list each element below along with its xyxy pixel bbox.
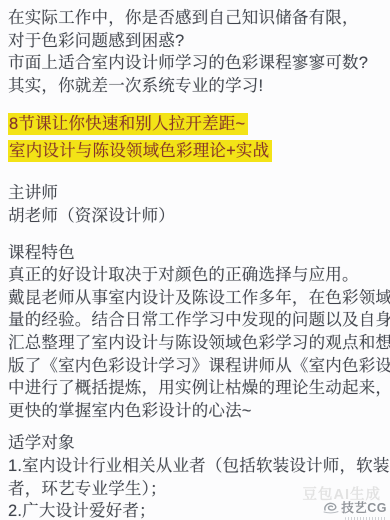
features-label: 课程特色	[8, 242, 382, 265]
intro-paragraph: 在实际工作中，你是否感到自己知识储备有限， 对于色彩问题感到困惑? 市面上适合室…	[8, 7, 382, 97]
page-content: 在实际工作中，你是否感到自己知识储备有限， 对于色彩问题感到困惑? 市面上适合室…	[0, 0, 390, 520]
audience-label: 适学对象	[8, 432, 382, 455]
highlight-line-title: 室内设计与陈设领域色彩理论+实战	[8, 140, 272, 162]
course-title-highlight: 8节课让你快速和别人拉开差距~ 室内设计与陈设领域色彩理论+实战	[8, 113, 382, 162]
lecturer-label: 主讲师	[8, 182, 382, 205]
features-line: 版了《室内色彩设计学习》课程讲师从《室内色彩设计学习》	[8, 355, 382, 378]
features-section: 课程特色 真正的好设计取决于对颜色的正确选择与应用。 戴昆老师从事室内设计及陈设…	[8, 242, 382, 423]
lecturer-name: 胡老师（资深设计师）	[8, 205, 382, 228]
swirl-logo-icon	[323, 501, 339, 514]
site-watermark-label: 技艺CG	[341, 498, 387, 516]
site-watermark: 技艺CG	[323, 498, 387, 520]
site-watermark-row: 技艺CG	[323, 498, 387, 516]
lecturer-section: 主讲师 胡老师（资深设计师）	[8, 182, 382, 227]
features-line: 更快的掌握室内色彩设计的心法~	[8, 400, 382, 423]
highlight-line-subtitle: 8节课让你快速和别人拉开差距~	[8, 113, 248, 135]
audience-line: 1.室内设计行业相关从业者（包括软装设计师，软装店经营	[8, 455, 382, 478]
intro-line: 其实，你就差一次系统专业的学习!	[8, 75, 382, 98]
features-line: 戴昆老师从事室内设计及陈设工作多年，在色彩领域积累了大	[8, 287, 382, 310]
features-line: 中进行了概括提炼，用实例让枯燥的理论生动起来，让您可以	[8, 377, 382, 400]
features-line: 量的经验。结合日常工作学习中发现的问题以及自身的研究，	[8, 309, 382, 332]
course-description-page: 在实际工作中，你是否感到自己知识储备有限， 对于色彩问题感到困惑? 市面上适合室…	[0, 0, 390, 520]
features-line: 汇总整理了室内设计与陈设领域色彩学习的观点和想法，出	[8, 332, 382, 355]
intro-line: 对于色彩问题感到困惑?	[8, 30, 382, 53]
intro-line: 在实际工作中，你是否感到自己知识储备有限，	[8, 7, 382, 30]
intro-line: 市面上适合室内设计师学习的色彩课程寥寥可数?	[8, 52, 382, 75]
features-line: 真正的好设计取决于对颜色的正确选择与应用。	[8, 264, 382, 287]
